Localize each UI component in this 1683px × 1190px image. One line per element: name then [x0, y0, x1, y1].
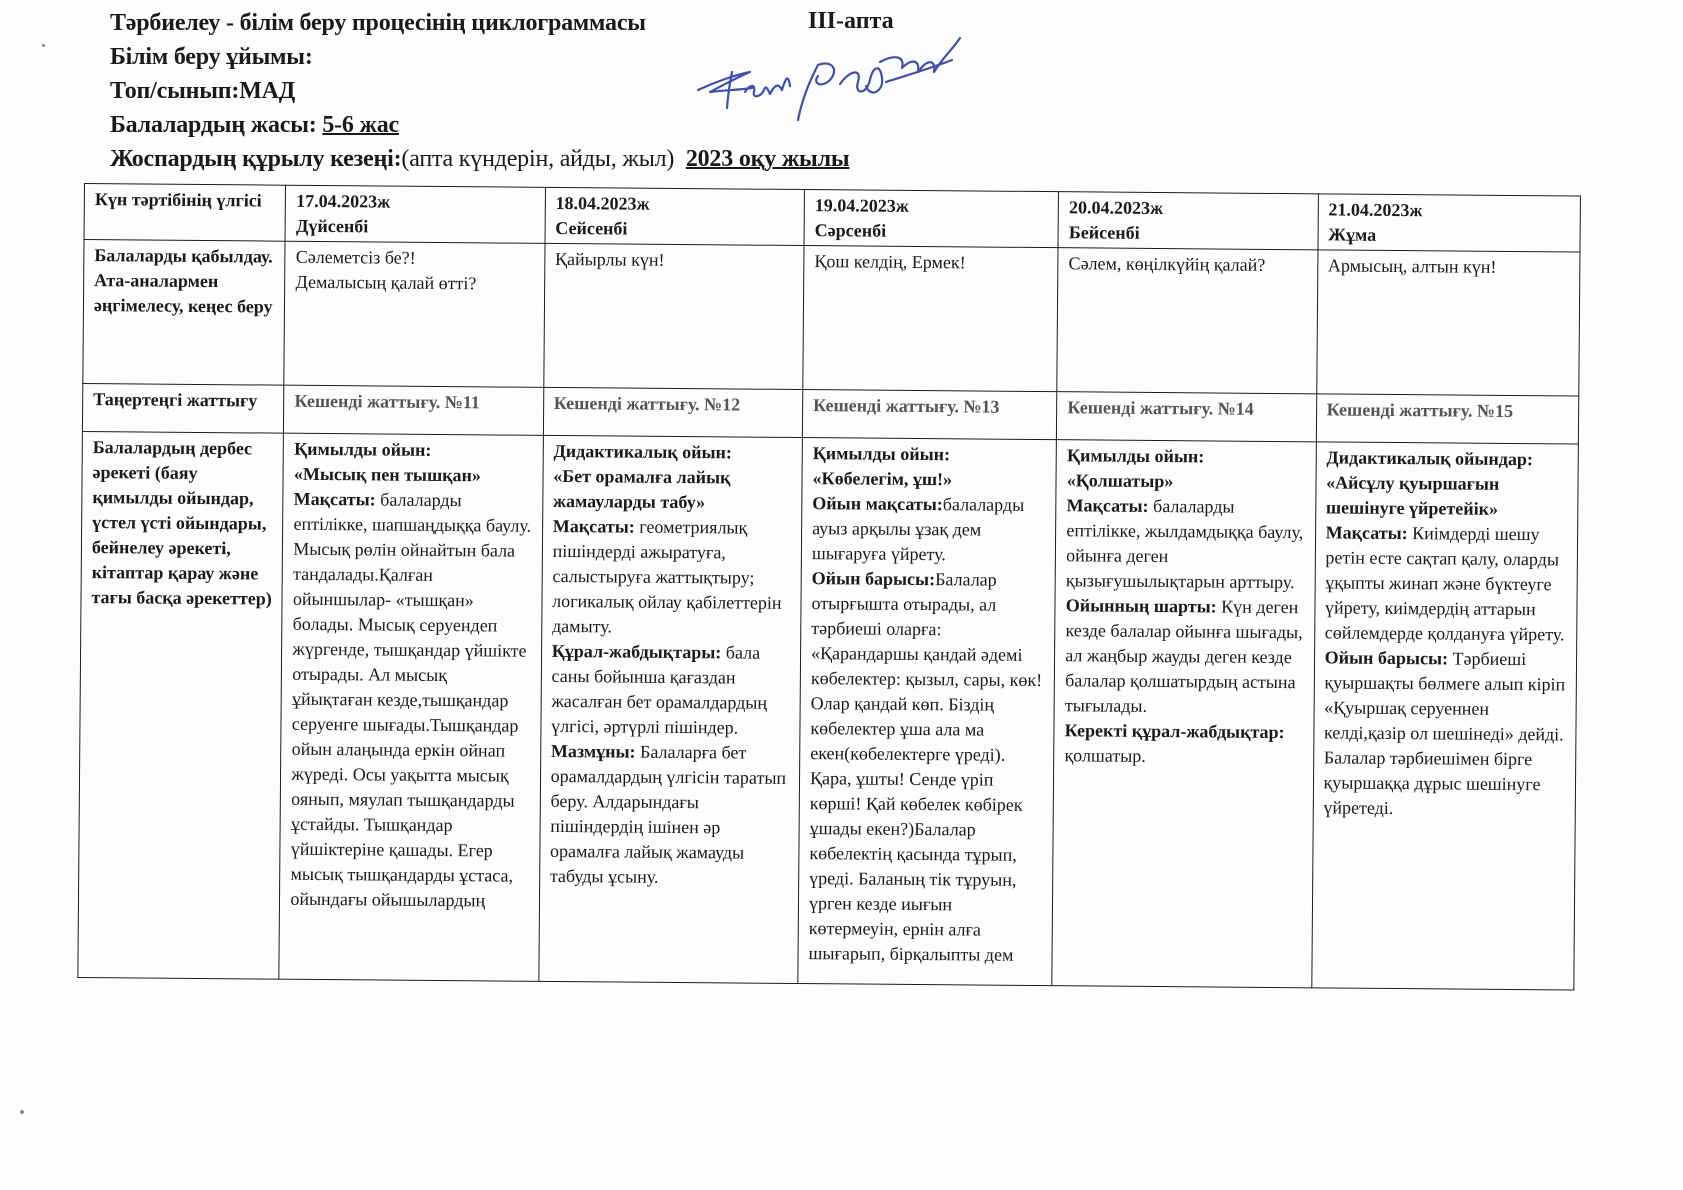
day-date: 18.04.2023ж [555, 191, 794, 218]
activity-name: «Қолшатыр» [1067, 468, 1306, 495]
activity-cell: Дидактикалық ойындар:«Айсұлу қуыршағын ш… [1311, 442, 1578, 990]
greeting-line: Сәлеметсіз бе?! [296, 245, 535, 272]
row-label-greeting: Балаларды қабылдау. Ата-аналармен әңгіме… [83, 240, 286, 386]
activity-section: Ойын мақсаты:балаларды ауыз арқылы ұзақ … [812, 491, 1046, 568]
corner-header: Күн тәртібінің үлгісі [84, 184, 286, 242]
greeting-line: Сәлем, көңілкүйің қалай? [1069, 251, 1308, 278]
row-label-exercise: Таңертеңгі жаттығу [82, 383, 284, 433]
period-label: Жоспардың құрылу кезеңі: [110, 146, 401, 172]
day-date: 19.04.2023ж [815, 193, 1048, 220]
period-hint: (апта күндерін, айды, жыл) [401, 146, 674, 172]
activity-type: Қимылды ойын: [1067, 443, 1306, 470]
greeting-cell: Сәлем, көңілкүйің қалай? [1057, 248, 1318, 394]
activity-section: Мақсаты: Киімдерді шешу ретін есте сақта… [1325, 520, 1567, 647]
organization-label: Білім беру ұйымы: [110, 44, 313, 70]
activity-cell: Дидактикалық ойын:«Бет орамалға лайық жа… [539, 435, 803, 983]
activity-section-label: Мазмұны: [551, 741, 636, 762]
activity-section: Ойын барысы: Тәрбиеші қуыршақты бөлмеге … [1323, 645, 1566, 822]
activity-section: Керекті құрал-жабдықтар: қолшатыр. [1064, 718, 1303, 770]
group-label: Топ/сынып: [110, 78, 239, 104]
day-weekday: Сейсенбі [555, 216, 794, 243]
day-header: 18.04.2023жСейсенбі [545, 187, 805, 245]
activity-section-label: Мақсаты: [1326, 522, 1408, 543]
activity-section: Мақсаты: балаларды ептілікке, жылдамдыққ… [1066, 493, 1305, 595]
activity-section: Мысық рөлін ойнайтын бала тандалады.Қалғ… [290, 537, 531, 914]
day-weekday: Сәрсенбі [815, 218, 1048, 245]
greeting-cell: Қайырлы күн! [543, 243, 804, 389]
activity-type: Қимылды ойын: [294, 437, 533, 464]
activity-type: Дидактикалық ойын: [553, 439, 792, 466]
day-header: 21.04.2023жЖұма [1318, 194, 1581, 252]
period-value: 2023 оқу жылы [686, 146, 850, 172]
activity-type: Қимылды ойын: [813, 441, 1046, 468]
activity-name: «Айсұлу қуыршағын шешінуге үйретейік» [1326, 470, 1568, 522]
greeting-line: Демалысың қалай өтті? [295, 270, 534, 297]
greeting-cell: Армысың, алтын күн! [1316, 250, 1580, 396]
exercise-cell: Кешенді жаттығу. №11 [284, 385, 544, 435]
greeting-cell: Қош келдің, Ермек! [803, 246, 1058, 392]
greeting-cell: Сәлеметсіз бе?!Демалысың қалай өтті? [284, 241, 545, 387]
activity-name: «Бет орамалға лайық жамауларды табу» [553, 464, 792, 516]
activity-section: Мақсаты: геометриялық пішіндерді ажырату… [552, 514, 791, 641]
activity-section-label: Ойын мақсаты: [812, 493, 943, 514]
age-value: 5-6 жас [322, 112, 399, 138]
exercise-cell: Кешенді жаттығу. №14 [1057, 392, 1317, 442]
activity-section: Ойынның шарты: Күн деген кезде балалар о… [1065, 593, 1304, 720]
greeting-line: Қош келдің, Ермек! [814, 249, 1047, 276]
age-label: Балалардың жасы: [110, 112, 322, 138]
activity-section-label: Құрал-жабдықтары: [552, 641, 722, 662]
activity-name: «Көбелегім, ұш!» [812, 466, 1045, 493]
activity-section: Мазмұны: Балаларға бет орамалдардың үлгі… [550, 739, 790, 891]
activity-section: Құрал-жабдықтары: бала саны бойынша қаға… [551, 639, 790, 741]
day-header: 17.04.2023жДүйсенбі [285, 185, 545, 243]
table-row-greeting: Балаларды қабылдау. Ата-аналармен әңгіме… [83, 240, 1580, 397]
activity-cell: Қимылды ойын:«Қолшатыр»Мақсаты: балалард… [1052, 440, 1316, 988]
scan-speck [20, 1110, 24, 1114]
day-weekday: Бейсенбі [1069, 220, 1308, 247]
greeting-line: Қайырлы күн! [555, 247, 794, 274]
day-date: 20.04.2023ж [1069, 195, 1308, 222]
day-header: 19.04.2023жСәрсенбі [804, 190, 1059, 248]
exercise-cell: Кешенді жаттығу. №12 [543, 387, 803, 437]
row-label-activity: Балалардың дербес әрекеті (баяу қимылды … [78, 431, 284, 979]
activity-section-label: Ойын барысы: [812, 568, 936, 589]
day-header: 20.04.2023жБейсенбі [1058, 192, 1318, 250]
period-line: Жоспардың құрылу кезеңі:(апта күндерін, … [110, 142, 849, 176]
activity-section-label: Керекті құрал-жабдықтар: [1065, 720, 1285, 742]
scan-speck [42, 44, 45, 47]
exercise-cell: Кешенді жаттығу. №15 [1316, 394, 1579, 444]
activity-cell: Қимылды ойын:«Мысық пен тышқан»Мақсаты: … [279, 433, 543, 981]
cyclogram-table: Күн тәртібінің үлгісі 17.04.2023жДүйсенб… [77, 183, 1581, 991]
scanned-page: Тәрбиелеу - білім беру процесінің циклог… [0, 0, 1683, 1190]
activity-section-label: Мақсаты: [294, 489, 376, 510]
day-weekday: Дүйсенбі [296, 214, 535, 241]
greeting-line: Армысың, алтын күн! [1328, 253, 1570, 280]
activity-section-label: Ойынның шарты: [1066, 595, 1217, 616]
activity-section: Ойын барысы:Балалар отырғышта отырады, а… [808, 566, 1045, 968]
exercise-cell: Кешенді жаттығу. №13 [802, 390, 1057, 440]
activity-name: «Мысық пен тышқан» [294, 462, 533, 489]
activity-section-label: Ойын барысы: [1325, 647, 1449, 668]
cyclogram-table-wrapper: Күн тәртібінің үлгісі 17.04.2023жДүйсенб… [77, 183, 1581, 991]
activity-cell: Қимылды ойын:«Көбелегім, ұш!»Ойын мақсат… [798, 438, 1057, 986]
activity-type: Дидактикалық ойындар: [1326, 445, 1568, 472]
day-date: 21.04.2023ж [1328, 197, 1570, 224]
table-row-activity: Балалардың дербес әрекеті (баяу қимылды … [78, 431, 1579, 990]
day-date: 17.04.2023ж [296, 189, 535, 216]
day-weekday: Жұма [1328, 222, 1570, 249]
activity-section-label: Мақсаты: [553, 516, 635, 537]
activity-section-label: Мақсаты: [1067, 495, 1149, 516]
group-value: МАД [239, 78, 295, 104]
activity-section: Мақсаты: балаларды ептілікке, шапшаңдыққ… [293, 487, 532, 539]
signature-icon [690, 20, 970, 130]
